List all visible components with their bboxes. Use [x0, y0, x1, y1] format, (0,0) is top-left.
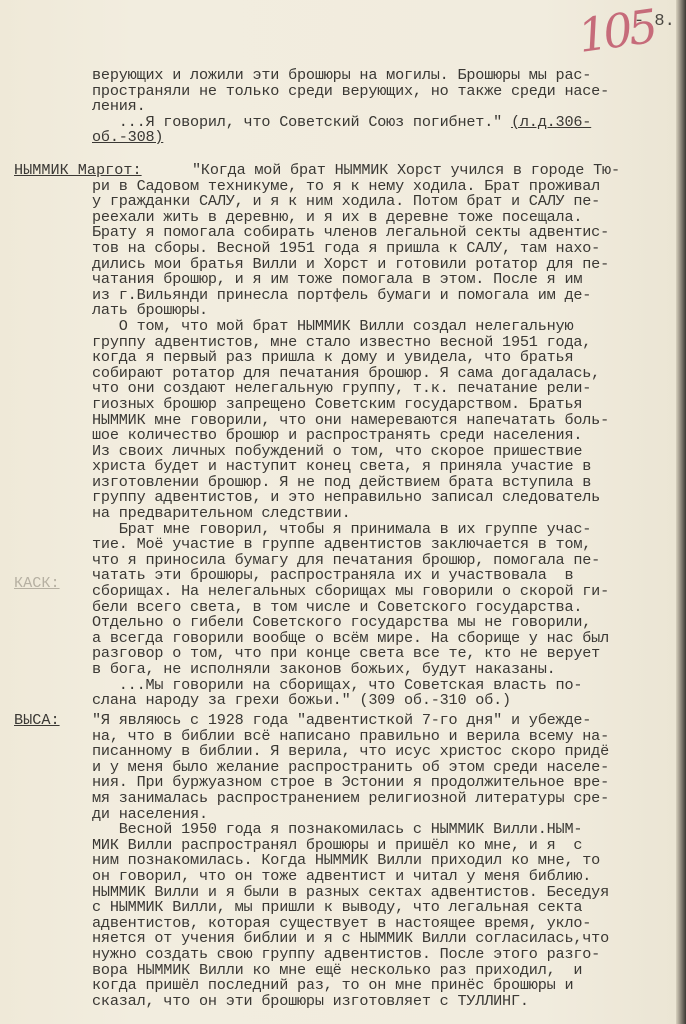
case-file-reference: (л.д.306-: [511, 113, 591, 131]
testimony-vysa: "Я являюсь с 1928 года "адвентисткой 7-г…: [92, 713, 672, 1009]
page-edge-shadow: [676, 0, 686, 1024]
text-line: об.-308): [92, 130, 672, 146]
case-file-reference: об.-308): [92, 128, 163, 146]
document-page: - 8. 105 верующих и ложили эти брошюры н…: [0, 0, 676, 1024]
text-line: ...Я говорил, что Советский Союз погибне…: [92, 115, 672, 131]
speaker-label-kask: КАСК:: [14, 576, 60, 592]
speaker-label-vysa: ВЫСА:: [14, 713, 60, 729]
text-line: пространяли не только среди верующих, но…: [92, 84, 672, 100]
handwritten-folio-number: 105: [575, 0, 658, 63]
continuation-text: верующих и ложили эти брошюры на могилы.…: [92, 68, 672, 146]
text-line: сказал, что он эти брошюры изготовляет с…: [92, 994, 672, 1010]
testimony-nymmik-margot: "Когда мой брат НЫММИК Хорст учился в го…: [92, 163, 672, 709]
text-line: слана народу за грехи божьи." (309 об.-3…: [92, 693, 672, 709]
